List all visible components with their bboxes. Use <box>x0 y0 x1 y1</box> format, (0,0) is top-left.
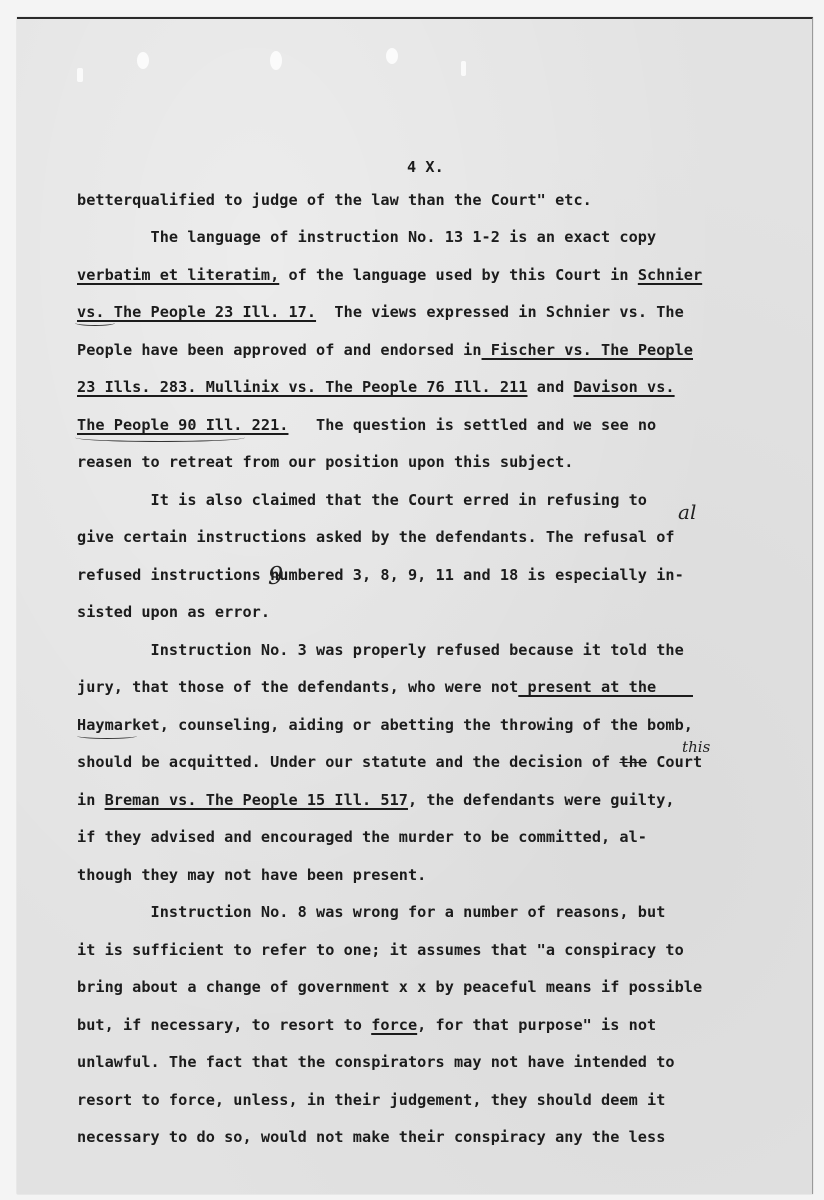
text-line-17: in Breman vs. The People 15 Ill. 517, th… <box>77 791 675 809</box>
struck-word-the: the <box>619 753 647 771</box>
pencil-underline-vs <box>75 320 115 326</box>
text-line-19: though they may not have been present. <box>77 866 426 884</box>
text-line-14: jury, that those of the defendants, who … <box>77 678 693 696</box>
handwritten-nine-correction: 9 <box>268 562 283 590</box>
pencil-underline-haymarket <box>77 733 137 739</box>
text-line-18: if they advised and encouraged the murde… <box>77 828 647 846</box>
text-line-9: It is also claimed that the Court erred … <box>77 491 647 509</box>
text-line-13: Instruction No. 3 was properly refused b… <box>77 641 684 659</box>
citation-schnier: Schnier <box>638 266 702 284</box>
citation-breman: Breman vs. The People 15 Ill. 517 <box>105 791 408 809</box>
citation-davison-ref: The People 90 Ill. 221. <box>77 416 288 434</box>
text-line-4: vs. The People 23 Ill. 17. The views exp… <box>77 303 684 321</box>
text-line-11: refused instructions numbered 3, 8, 9, 1… <box>77 566 684 584</box>
text-line-3: verbatim et literatim, of the language u… <box>77 266 702 284</box>
text-line-22: bring about a change of government x x b… <box>77 978 702 996</box>
text-line-7: The People 90 Ill. 221. The question is … <box>77 416 656 434</box>
text-line-10: give certain instructions asked by the d… <box>77 528 675 546</box>
underlined-force: force <box>371 1016 417 1034</box>
text-line-5: People have been approved of and endorse… <box>77 341 693 359</box>
text-line-25: resort to force, unless, in their judgem… <box>77 1091 665 1109</box>
text-line-15: Haymarket, counseling, aiding or abettin… <box>77 716 693 734</box>
text-line-12: sisted upon as error. <box>77 603 270 621</box>
page-number: 4 X. <box>407 158 444 176</box>
text-line-23: but, if necessary, to resort to force, f… <box>77 1016 656 1034</box>
text-line-6: 23 Ills. 283. Mullinix vs. The People 76… <box>77 378 675 396</box>
text-line-1: betterqualified to judge of the law than… <box>77 191 592 209</box>
text-line-20: Instruction No. 8 was wrong for a number… <box>77 903 665 921</box>
underlined-present: present at the <box>518 678 693 696</box>
citation-fischer: Fischer vs. The People <box>482 341 693 359</box>
citation-verbatim: verbatim et literatim, <box>77 266 279 284</box>
text-line-2: The language of instruction No. 13 1-2 i… <box>77 228 656 246</box>
text-line-21: it is sufficient to refer to one; it ass… <box>77 941 684 959</box>
text-line-26: necessary to do so, would not make their… <box>77 1128 665 1146</box>
citation-davison: Davison vs. <box>573 378 674 396</box>
typewritten-text: 4 X. betterqualified to judge of the law… <box>0 0 824 1200</box>
text-line-24: unlawful. The fact that the conspirators… <box>77 1053 675 1071</box>
handwritten-al-insertion: al <box>678 500 696 524</box>
citation-schnier-ref: vs. The People 23 Ill. 17. <box>77 303 316 321</box>
handwritten-this-insertion: this <box>682 738 710 756</box>
citation-mullinix: 23 Ills. 283. Mullinix vs. The People 76… <box>77 378 528 396</box>
pencil-underline-the-people <box>75 433 245 442</box>
text-line-8: reasen to retreat from our position upon… <box>77 453 573 471</box>
text-line-16: should be acquitted. Under our statute a… <box>77 753 702 771</box>
